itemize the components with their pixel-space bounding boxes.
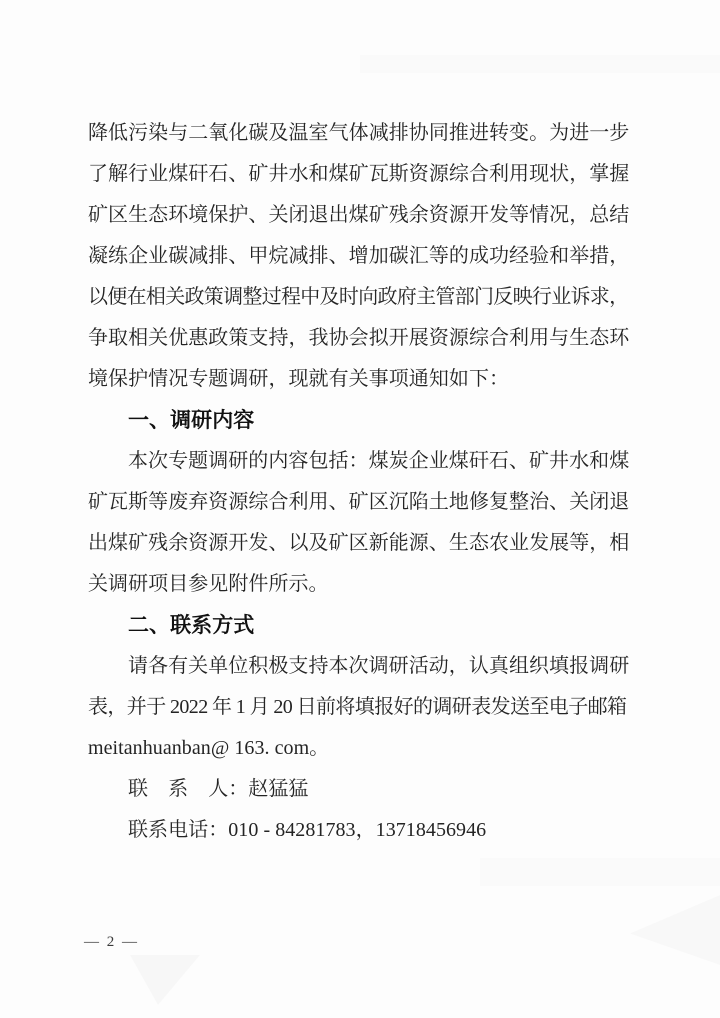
- contact-person-line: 联 系 人：赵猛猛: [88, 769, 632, 810]
- scan-artifact: [480, 858, 720, 886]
- email-line: meitanhuanban@ 163. com。: [88, 728, 632, 769]
- body-line: 本次专题调研的内容包括：煤炭企业煤矸石、矿井水和煤: [88, 441, 632, 482]
- scan-artifact: [630, 895, 720, 965]
- body-line: 矿区生态环境保护、关闭退出煤矿残余资源开发等情况，总结: [88, 195, 632, 236]
- section-heading-contact-info: 二、联系方式: [88, 605, 632, 646]
- body-line: 降低污染与二氧化碳及温室气体减排协同推进转变。为进一步: [88, 113, 632, 154]
- scan-artifact: [130, 955, 200, 1005]
- contact-phone-line: 联系电话：010 - 84281783，13718456946: [88, 810, 632, 851]
- body-line: 请各有关单位积极支持本次调研活动，认真组织填报调研: [88, 646, 632, 687]
- document-body: 降低污染与二氧化碳及温室气体减排协同推进转变。为进一步 了解行业煤矸石、矿井水和…: [88, 113, 632, 851]
- body-line: 出煤矿残余资源开发、以及矿区新能源、生态农业发展等，相: [88, 523, 632, 564]
- body-line: 凝练企业碳减排、甲烷减排、增加碳汇等的成功经验和举措，: [88, 236, 632, 277]
- body-line: 表，并于 2022 年 1 月 20 日前将填报好的调研表发送至电子邮箱: [88, 687, 632, 728]
- body-line: 了解行业煤矸石、矿井水和煤矿瓦斯资源综合利用现状，掌握: [88, 154, 632, 195]
- scanned-document-page: 降低污染与二氧化碳及温室气体减排协同推进转变。为进一步 了解行业煤矸石、矿井水和…: [0, 0, 720, 1018]
- body-line: 矿瓦斯等废弃资源综合利用、矿区沉陷土地修复整治、关闭退: [88, 482, 632, 523]
- section-heading-survey-content: 一、调研内容: [88, 400, 632, 441]
- page-number: — 2 —: [84, 934, 139, 951]
- body-line: 以便在相关政策调整过程中及时向政府主管部门反映行业诉求，: [88, 277, 632, 318]
- body-line: 争取相关优惠政策支持，我协会拟开展资源综合利用与生态环: [88, 318, 632, 359]
- body-line: 境保护情况专题调研，现就有关事项通知如下：: [88, 359, 632, 400]
- scan-artifact: [360, 55, 720, 73]
- body-line: 关调研项目参见附件所示。: [88, 564, 632, 605]
